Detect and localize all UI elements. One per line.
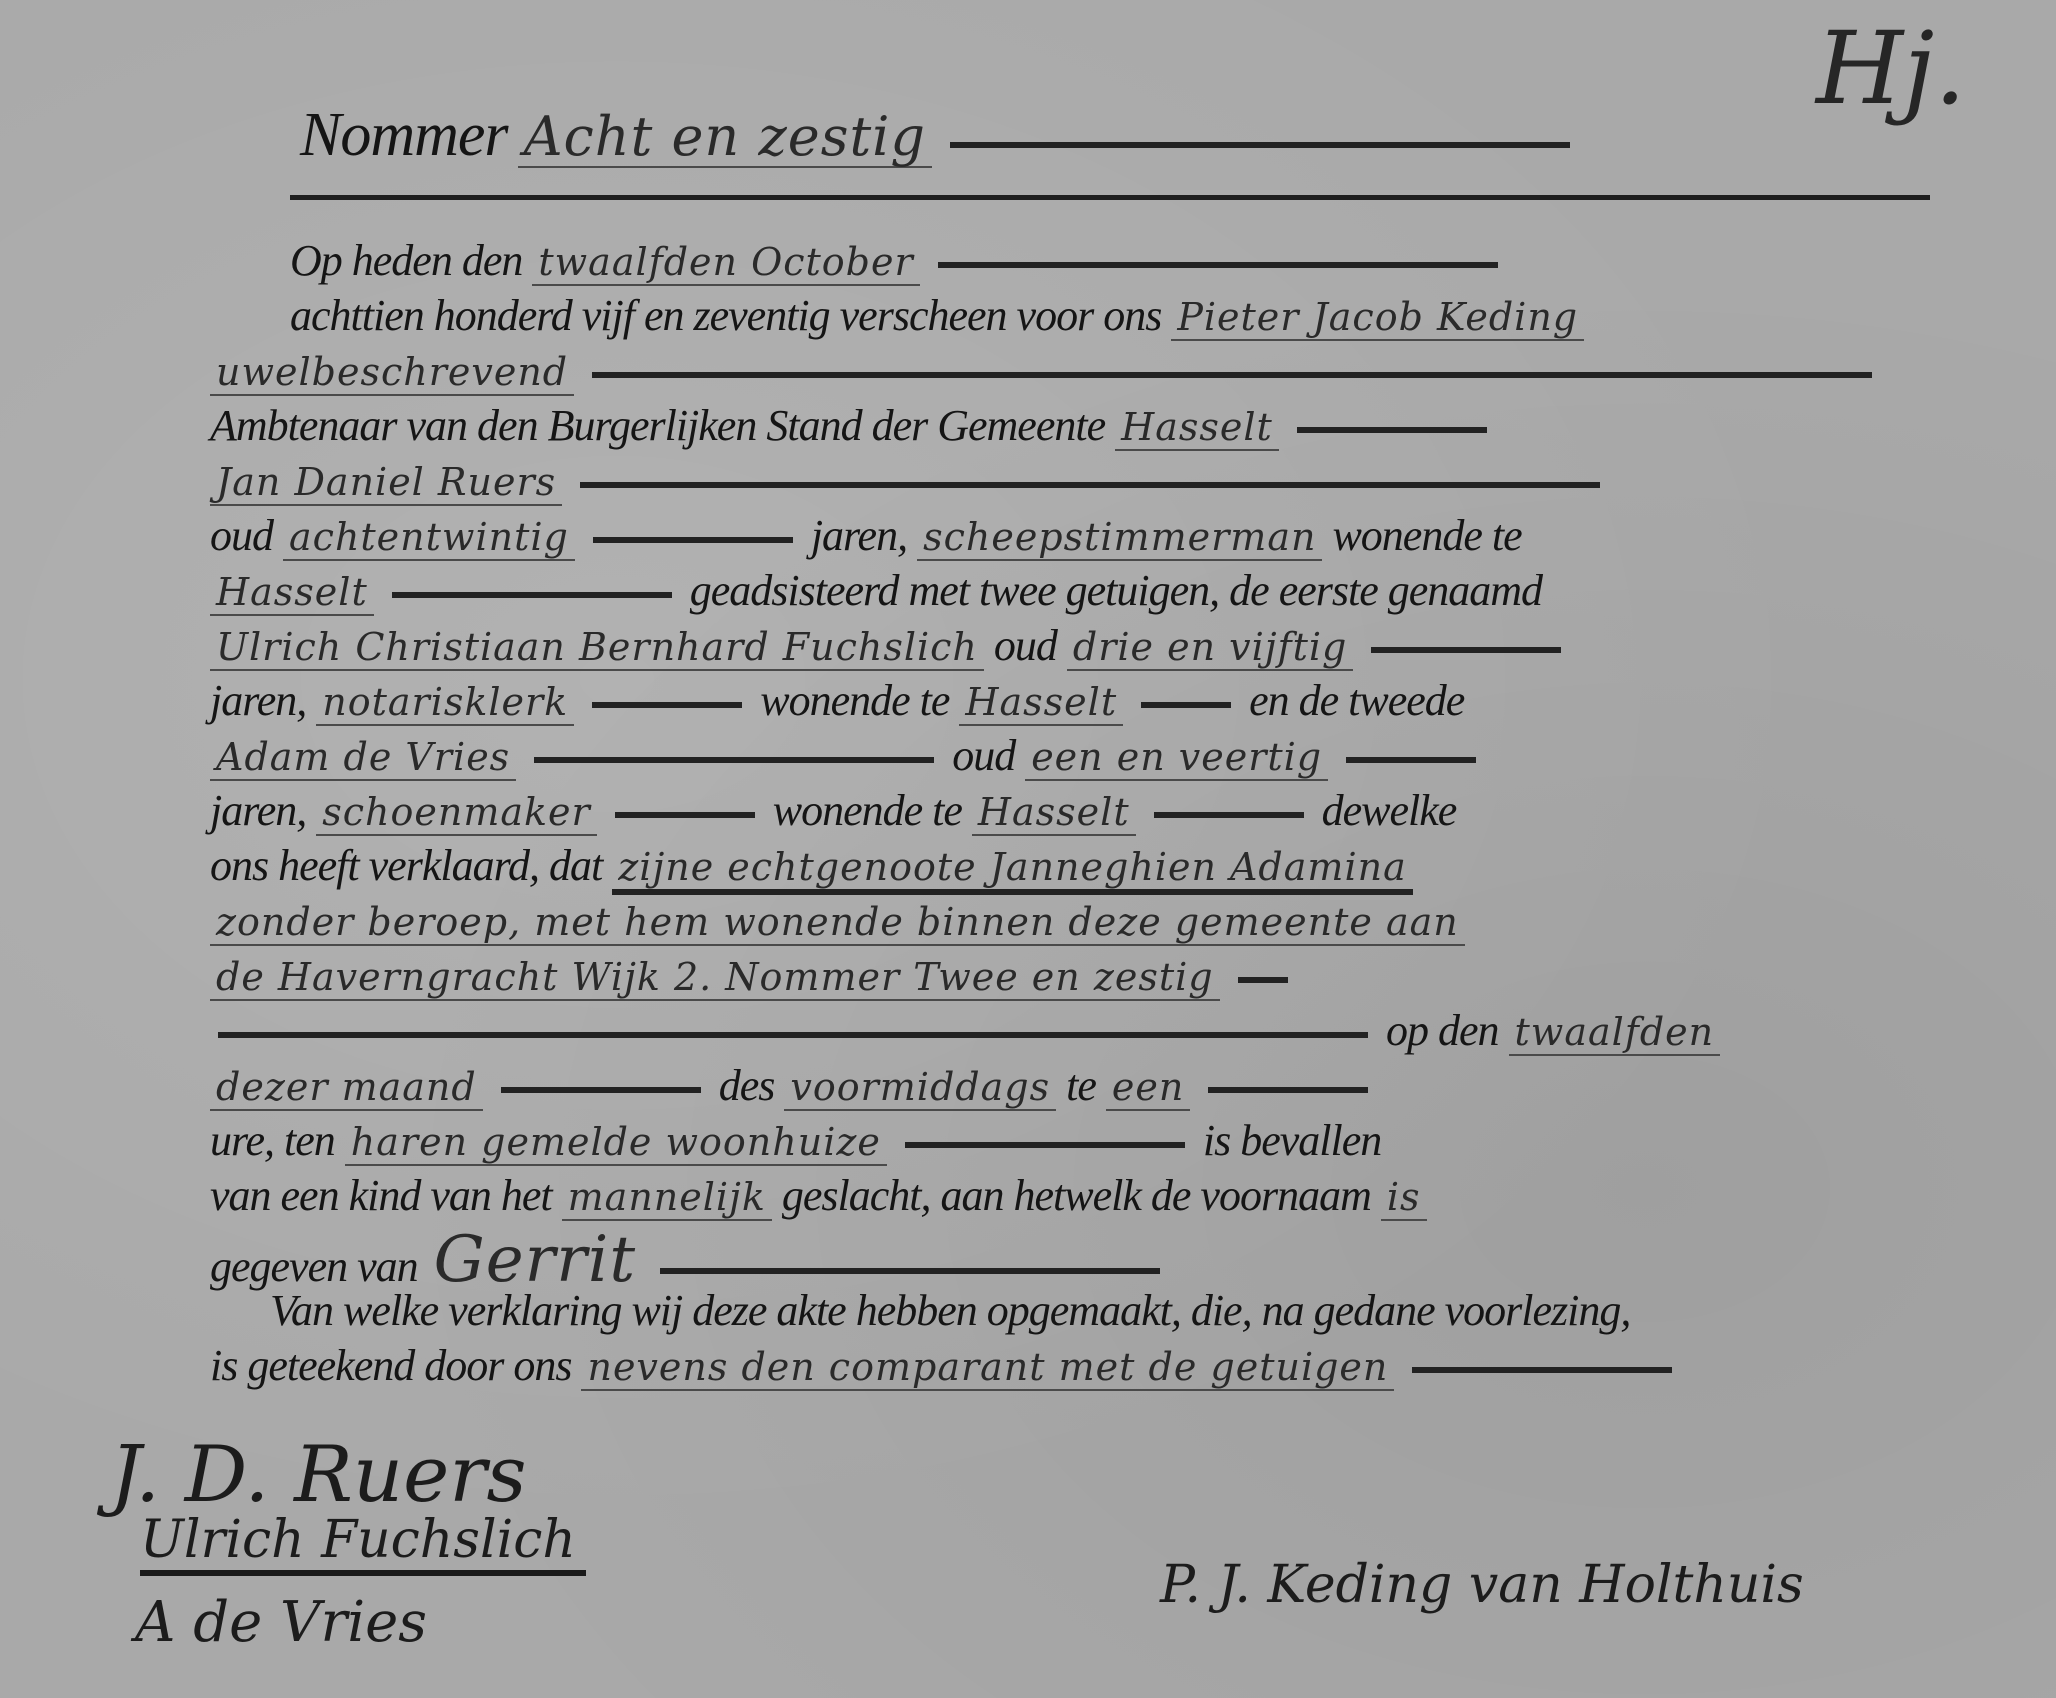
date-day-month: twaalfden October [532, 242, 919, 286]
fill-rule [592, 702, 742, 708]
printed-text: ure, ten [210, 1116, 335, 1165]
civil-registry-birth-certificate: Hj. Nommer Acht en zestig Op heden den t… [0, 0, 2056, 1698]
printed-text: oud [994, 621, 1057, 670]
line-municipality: Ambtenaar van den Burgerlijken Stand der… [210, 400, 1495, 451]
fill-rule [392, 592, 672, 598]
signature-witness2: A de Vries [135, 1590, 427, 1655]
line-closing: Van welke verklaring wij deze akte hebbe… [270, 1285, 1630, 1336]
official-title-hand: uwelbeschrevend [210, 352, 574, 396]
printed-text: en de tweede [1249, 676, 1464, 725]
line-witness2-details: jaren, schoenmaker wonende te Hasselt de… [210, 785, 1456, 836]
fill-rule [1371, 647, 1561, 653]
declarant-residence: Hasselt [210, 572, 374, 616]
printed-text: Ambtenaar van den Burgerlijken Stand der… [210, 401, 1105, 450]
printed-text: gegeven van [210, 1242, 418, 1291]
fill-rule [218, 1032, 1368, 1038]
printed-text: Van welke verklaring wij deze akte hebbe… [270, 1286, 1630, 1335]
line-child-sex: van een kind van het mannelijk geslacht,… [210, 1170, 1427, 1221]
fill-rule [1346, 757, 1476, 763]
printed-text: Op heden den [290, 236, 522, 285]
birth-daypart: voormiddags [784, 1067, 1056, 1111]
fill-rule [534, 757, 934, 763]
line-official-cont: uwelbeschrevend [210, 345, 1880, 396]
printed-text: op den [1386, 1006, 1499, 1055]
signature-official: P. J. Keding van Holthuis [1160, 1555, 1804, 1615]
witness1-residence: Hasselt [959, 682, 1123, 726]
fill-rule [1208, 1087, 1368, 1093]
line-declarant-age: oud achtentwintig jaren, scheepstimmerma… [210, 510, 1522, 561]
printed-text: te [1066, 1061, 1096, 1110]
witness2-occupation: schoenmaker [316, 792, 596, 836]
printed-text: ons heeft verklaard, dat [210, 841, 602, 890]
fill-rule [580, 482, 1600, 488]
fill-rule [593, 537, 793, 543]
printed-text: oud [952, 731, 1015, 780]
child-sex: mannelijk [562, 1177, 772, 1221]
fill-rule [938, 262, 1498, 268]
witness1-name: Ulrich Christiaan Bernhard Fuchslich [210, 627, 984, 671]
line-mother-residence: zonder beroep, met hem wonende binnen de… [210, 895, 1465, 946]
line-address: de Haverngracht Wijk 2. Nommer Twee en z… [210, 950, 1296, 1001]
signature-declarant: J. D. Ruers [110, 1430, 527, 1520]
certificate-number: Acht en zestig [518, 107, 932, 168]
line-declarant: Jan Daniel Ruers [210, 455, 1608, 506]
witness2-name: Adam de Vries [210, 737, 516, 781]
printed-text: wonende te [760, 676, 949, 725]
line-birth-day: op den twaalfden [210, 1005, 1720, 1056]
printed-text: is bevallen [1203, 1116, 1381, 1165]
printed-text: is geteekend door ons [210, 1341, 571, 1390]
official-name: Pieter Jacob Keding [1171, 297, 1584, 341]
printed-text: des [719, 1061, 775, 1110]
line-year-official: achttien honderd vijf en zeventig versch… [290, 290, 1584, 341]
birth-day: twaalfden [1509, 1012, 1721, 1056]
fill-rule [1412, 1367, 1672, 1373]
printed-text: jaren, [210, 676, 306, 725]
line-witness2: Adam de Vries oud een en veertig [210, 730, 1484, 781]
corner-initials: Hj. [1816, 10, 1966, 127]
witness2-residence: Hasselt [972, 792, 1136, 836]
line-witness1: Ulrich Christiaan Bernhard Fuchslich oud… [210, 620, 1569, 671]
municipality: Hasselt [1115, 407, 1279, 451]
line-birth-place: ure, ten haren gemelde woonhuize is beva… [210, 1115, 1381, 1166]
name-verb: is [1381, 1177, 1427, 1221]
fill-rule [950, 142, 1570, 148]
fill-rule [615, 812, 755, 818]
header-divider [290, 195, 1930, 200]
witness2-age: een en veertig [1025, 737, 1328, 781]
line-witness1-details: jaren, notarisklerk wonende te Hasselt e… [210, 675, 1464, 726]
printed-text: dewelke [1322, 786, 1457, 835]
printed-text: oud [210, 511, 273, 560]
fill-rule [501, 1087, 701, 1093]
printed-text: geslacht, aan hetwelk de voornaam [782, 1171, 1371, 1220]
witness1-occupation: notarisklerk [316, 682, 574, 726]
birth-hour: een [1106, 1067, 1190, 1111]
fill-rule [660, 1268, 1160, 1274]
printed-text: wonende te [773, 786, 962, 835]
printed-text: jaren, [210, 786, 306, 835]
birth-place: haren gemelde woonhuize [345, 1122, 887, 1166]
fill-rule [905, 1142, 1185, 1148]
address: de Haverngracht Wijk 2. Nommer Twee en z… [210, 957, 1220, 1001]
declarant-occupation: scheepstimmerman [917, 517, 1322, 561]
printed-text: jaren, [811, 511, 907, 560]
printed-text: geadsisteerd met twee getuigen, de eerst… [690, 566, 1542, 615]
printed-text: van een kind van het [210, 1171, 552, 1220]
fill-rule [1297, 427, 1487, 433]
declarant-name: Jan Daniel Ruers [210, 462, 562, 506]
printed-text: wonende te [1332, 511, 1521, 560]
mother-name: zijne echtgenoote Janneghien Adamina [612, 847, 1412, 895]
fill-rule [1238, 977, 1288, 983]
fill-rule [1141, 702, 1231, 708]
signatories: nevens den comparant met de getuigen [581, 1347, 1394, 1391]
line-birth-time: dezer maand des voormiddags te een [210, 1060, 1376, 1111]
declarant-age: achtentwintig [283, 517, 575, 561]
nommer-label: Nommer [300, 101, 508, 169]
printed-text: achttien honderd vijf en zeventig versch… [290, 291, 1161, 340]
header-line: Nommer Acht en zestig [300, 100, 1578, 171]
mother-occupation-residence: zonder beroep, met hem wonende binnen de… [210, 902, 1465, 946]
line-date: Op heden den twaalfden October [290, 235, 1506, 286]
line-witnesses-intro: Hasselt geadsisteerd met twee getuigen, … [210, 565, 1542, 616]
line-signed-by: is geteekend door ons nevens den compara… [210, 1340, 1680, 1391]
line-declaration: ons heeft verklaard, dat zijne echtgenoo… [210, 840, 1413, 895]
signature-witness1: Ulrich Fuchslich [140, 1510, 586, 1576]
witness1-age: drie en vijftig [1067, 627, 1353, 671]
fill-rule [592, 372, 1872, 378]
birth-month: dezer maand [210, 1067, 483, 1111]
fill-rule [1154, 812, 1304, 818]
